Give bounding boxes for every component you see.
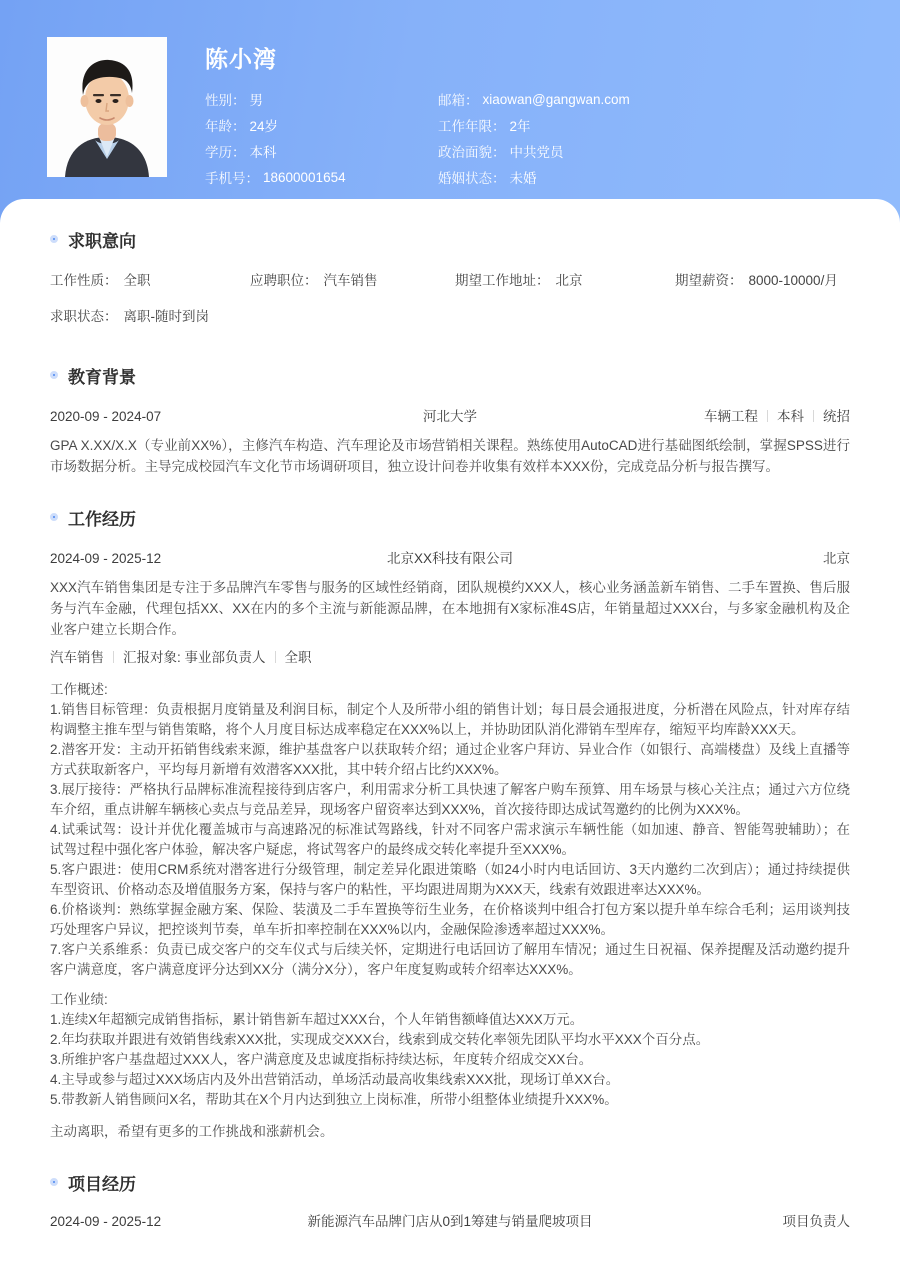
section-work-experience: 工作经历 2024-09 - 2025-12 北京XX科技有限公司 北京 XXX…: [50, 505, 850, 1142]
resume-page: 陈小湾 性别：男 年龄：24岁 学历：本科 手机号：18600001654 邮箱…: [0, 0, 900, 1275]
resume-body: 求职意向 工作性质：全职 应聘职位：汽车销售 期望工作地址：北京 期望薪资：80…: [0, 199, 900, 1275]
work-title: 工作经历: [50, 505, 850, 529]
work-location: 北京: [823, 549, 850, 569]
intent-status: 求职状态：离职-随时到岗: [50, 307, 850, 327]
portrait-photo-graphic: [47, 37, 167, 177]
candidate-name: 陈小湾: [205, 41, 630, 74]
education-enrollment-type: 统招: [823, 409, 850, 424]
field-email: 邮箱：xiaowan@gangwan.com: [438, 86, 630, 112]
section-bullet-icon: [50, 1178, 58, 1186]
job-intent-row-2: 求职状态：离职-随时到岗: [50, 307, 850, 327]
field-phone: 手机号：18600001654: [205, 164, 438, 190]
projects-title: 项目经历: [50, 1170, 850, 1194]
section-bullet-icon: [50, 371, 58, 379]
education-major: 车辆工程: [704, 409, 758, 424]
achievement-item: 1.连续X年超额完成销售指标，累计销售新车超过XXX台，个人年销售额峰值达XXX…: [50, 1010, 850, 1030]
leaving-reason: 主动离职，希望有更多的工作挑战和涨薪机会。: [50, 1122, 850, 1142]
section-education: 教育背景 2020-09 - 2024-07 河北大学 车辆工程本科统招 GPA…: [50, 363, 850, 477]
achievement-item: 4.主导或参与超过XXX场店内及外出营销活动，单场活动最高收集线索XXX批，现场…: [50, 1070, 850, 1090]
field-age: 年龄：24岁: [205, 112, 438, 138]
duty-item: 6.价格谈判：熟练掌握金融方案、保险、装潢及二手车置换等衍生业务，在价格谈判中组…: [50, 900, 850, 940]
field-work-years: 工作年限：2年: [438, 112, 630, 138]
job-intent-title: 求职意向: [50, 227, 850, 251]
project-row: 2024-09 - 2025-12 新能源汽车品牌门店从0到1筹建与销量爬坡项目…: [50, 1212, 850, 1232]
field-gender: 性别：男: [205, 86, 438, 112]
project-role: 项目负责人: [783, 1212, 851, 1232]
project-name: 新能源汽车品牌门店从0到1筹建与销量爬坡项目: [307, 1212, 592, 1232]
field-marital-status: 婚姻状态：未婚: [438, 164, 630, 190]
achievement-item: 5.带教新人销售顾问X名，帮助其在X个月内达到独立上岗标准，所带小组整体业绩提升…: [50, 1090, 850, 1110]
header-info: 陈小湾 性别：男 年龄：24岁 学历：本科 手机号：18600001654 邮箱…: [205, 37, 630, 223]
section-bullet-icon: [50, 513, 58, 521]
section-title-text: 求职意向: [68, 227, 136, 252]
intent-position: 应聘职位：汽车销售: [250, 271, 455, 291]
achievement-item: 2.年均获取并跟进有效销售线索XXX批，实现成交XXX台，线索到成交转化率领先团…: [50, 1030, 850, 1050]
duty-item: 4.试乘试驾：设计并优化覆盖城市与高速路况的标准试驾路线，针对不同客户需求演示车…: [50, 820, 850, 860]
intent-location: 期望工作地址：北京: [455, 271, 675, 291]
intent-salary: 期望薪资：8000-10000/月: [675, 271, 850, 291]
project-period: 2024-09 - 2025-12: [50, 1212, 161, 1232]
job-intent-row-1: 工作性质：全职 应聘职位：汽车销售 期望工作地址：北京 期望薪资：8000-10…: [50, 271, 850, 291]
divider: [113, 651, 114, 663]
overview-label: 工作概述:: [50, 680, 850, 700]
position-meta: 汽车销售汇报对象: 事业部负责人全职: [50, 648, 850, 668]
report-to: 汇报对象: 事业部负责人: [123, 650, 266, 665]
section-title-text: 工作经历: [68, 505, 136, 530]
duty-item: 3.展厅接待：严格执行品牌标准流程接待到店客户，利用需求分析工具快速了解客户购车…: [50, 780, 850, 820]
section-bullet-icon: [50, 235, 58, 243]
divider: [275, 651, 276, 663]
duty-item: 1.销售目标管理：负责根据月度销量及利润目标，制定个人及所带小组的销售计划；每日…: [50, 700, 850, 740]
section-job-intent: 求职意向 工作性质：全职 应聘职位：汽车销售 期望工作地址：北京 期望薪资：80…: [50, 227, 850, 327]
employment-type: 全职: [285, 650, 312, 665]
header-fields: 性别：男 年龄：24岁 学历：本科 手机号：18600001654 邮箱：xia…: [205, 86, 630, 190]
education-row: 2020-09 - 2024-07 河北大学 车辆工程本科统招: [50, 407, 850, 427]
work-period: 2024-09 - 2025-12: [50, 549, 161, 569]
education-meta: 车辆工程本科统招: [704, 407, 850, 427]
education-period: 2020-09 - 2024-07: [50, 407, 161, 427]
work-company: 北京XX科技有限公司: [387, 549, 513, 569]
duty-item: 7.客户关系维系：负责已成交客户的交车仪式与后续关怀，定期进行电话回访了解用车情…: [50, 940, 850, 980]
achievements-label: 工作业绩:: [50, 990, 850, 1010]
field-degree: 学历：本科: [205, 138, 438, 164]
work-row: 2024-09 - 2025-12 北京XX科技有限公司 北京: [50, 549, 850, 569]
resume-header: 陈小湾 性别：男 年龄：24岁 学历：本科 手机号：18600001654 邮箱…: [0, 0, 900, 223]
company-intro: XXX汽车销售集团是专注于多品牌汽车零售与服务的区域性经销商，团队规模约XXX人…: [50, 577, 850, 640]
duty-item: 2.潜客开发：主动开拓销售线索来源，维护基盘客户以获取转介绍；通过企业客户拜访、…: [50, 740, 850, 780]
divider: [767, 410, 768, 422]
section-title-text: 教育背景: [68, 363, 136, 388]
education-school: 河北大学: [423, 407, 477, 427]
education-degree: 本科: [777, 409, 804, 424]
achievement-item: 3.所维护客户基盘超过XXX人，客户满意度及忠诚度指标持续达标，年度转介绍成交X…: [50, 1050, 850, 1070]
position-name: 汽车销售: [50, 650, 104, 665]
profile-photo: [47, 37, 167, 177]
duty-item: 5.客户跟进：使用CRM系统对潜客进行分级管理，制定差异化跟进策略（如24小时内…: [50, 860, 850, 900]
education-title: 教育背景: [50, 363, 850, 387]
section-projects: 项目经历 2024-09 - 2025-12 新能源汽车品牌门店从0到1筹建与销…: [50, 1170, 850, 1232]
education-description: GPA X.XX/X.X（专业前XX%），主修汽车构造、汽车理论及市场营销相关课…: [50, 435, 850, 477]
field-political-status: 政治面貌：中共党员: [438, 138, 630, 164]
divider: [813, 410, 814, 422]
section-title-text: 项目经历: [68, 1170, 136, 1195]
intent-job-type: 工作性质：全职: [50, 271, 250, 291]
